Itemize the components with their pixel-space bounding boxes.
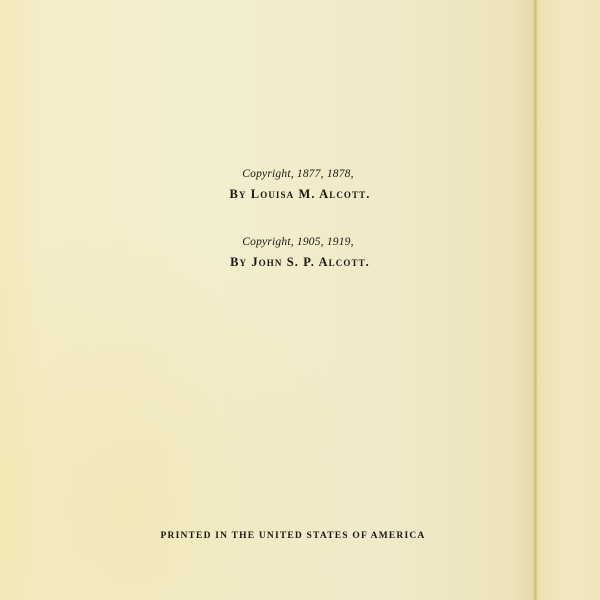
book-spread: Copyright, 1877, 1878, By Louisa M. Alco… [0, 0, 600, 600]
copyright-holder-1: By Louisa M. Alcott. [0, 187, 600, 202]
copyright-line-1: Copyright, 1877, 1878, [0, 168, 598, 180]
adjacent-page-edge [538, 0, 600, 600]
copyright-page [0, 0, 536, 600]
copyright-line-2: Copyright, 1905, 1919, [0, 236, 598, 248]
printed-in-imprint: PRINTED IN THE UNITED STATES OF AMERICA [0, 531, 593, 541]
copyright-holder-2: By John S. P. Alcott. [0, 255, 600, 270]
